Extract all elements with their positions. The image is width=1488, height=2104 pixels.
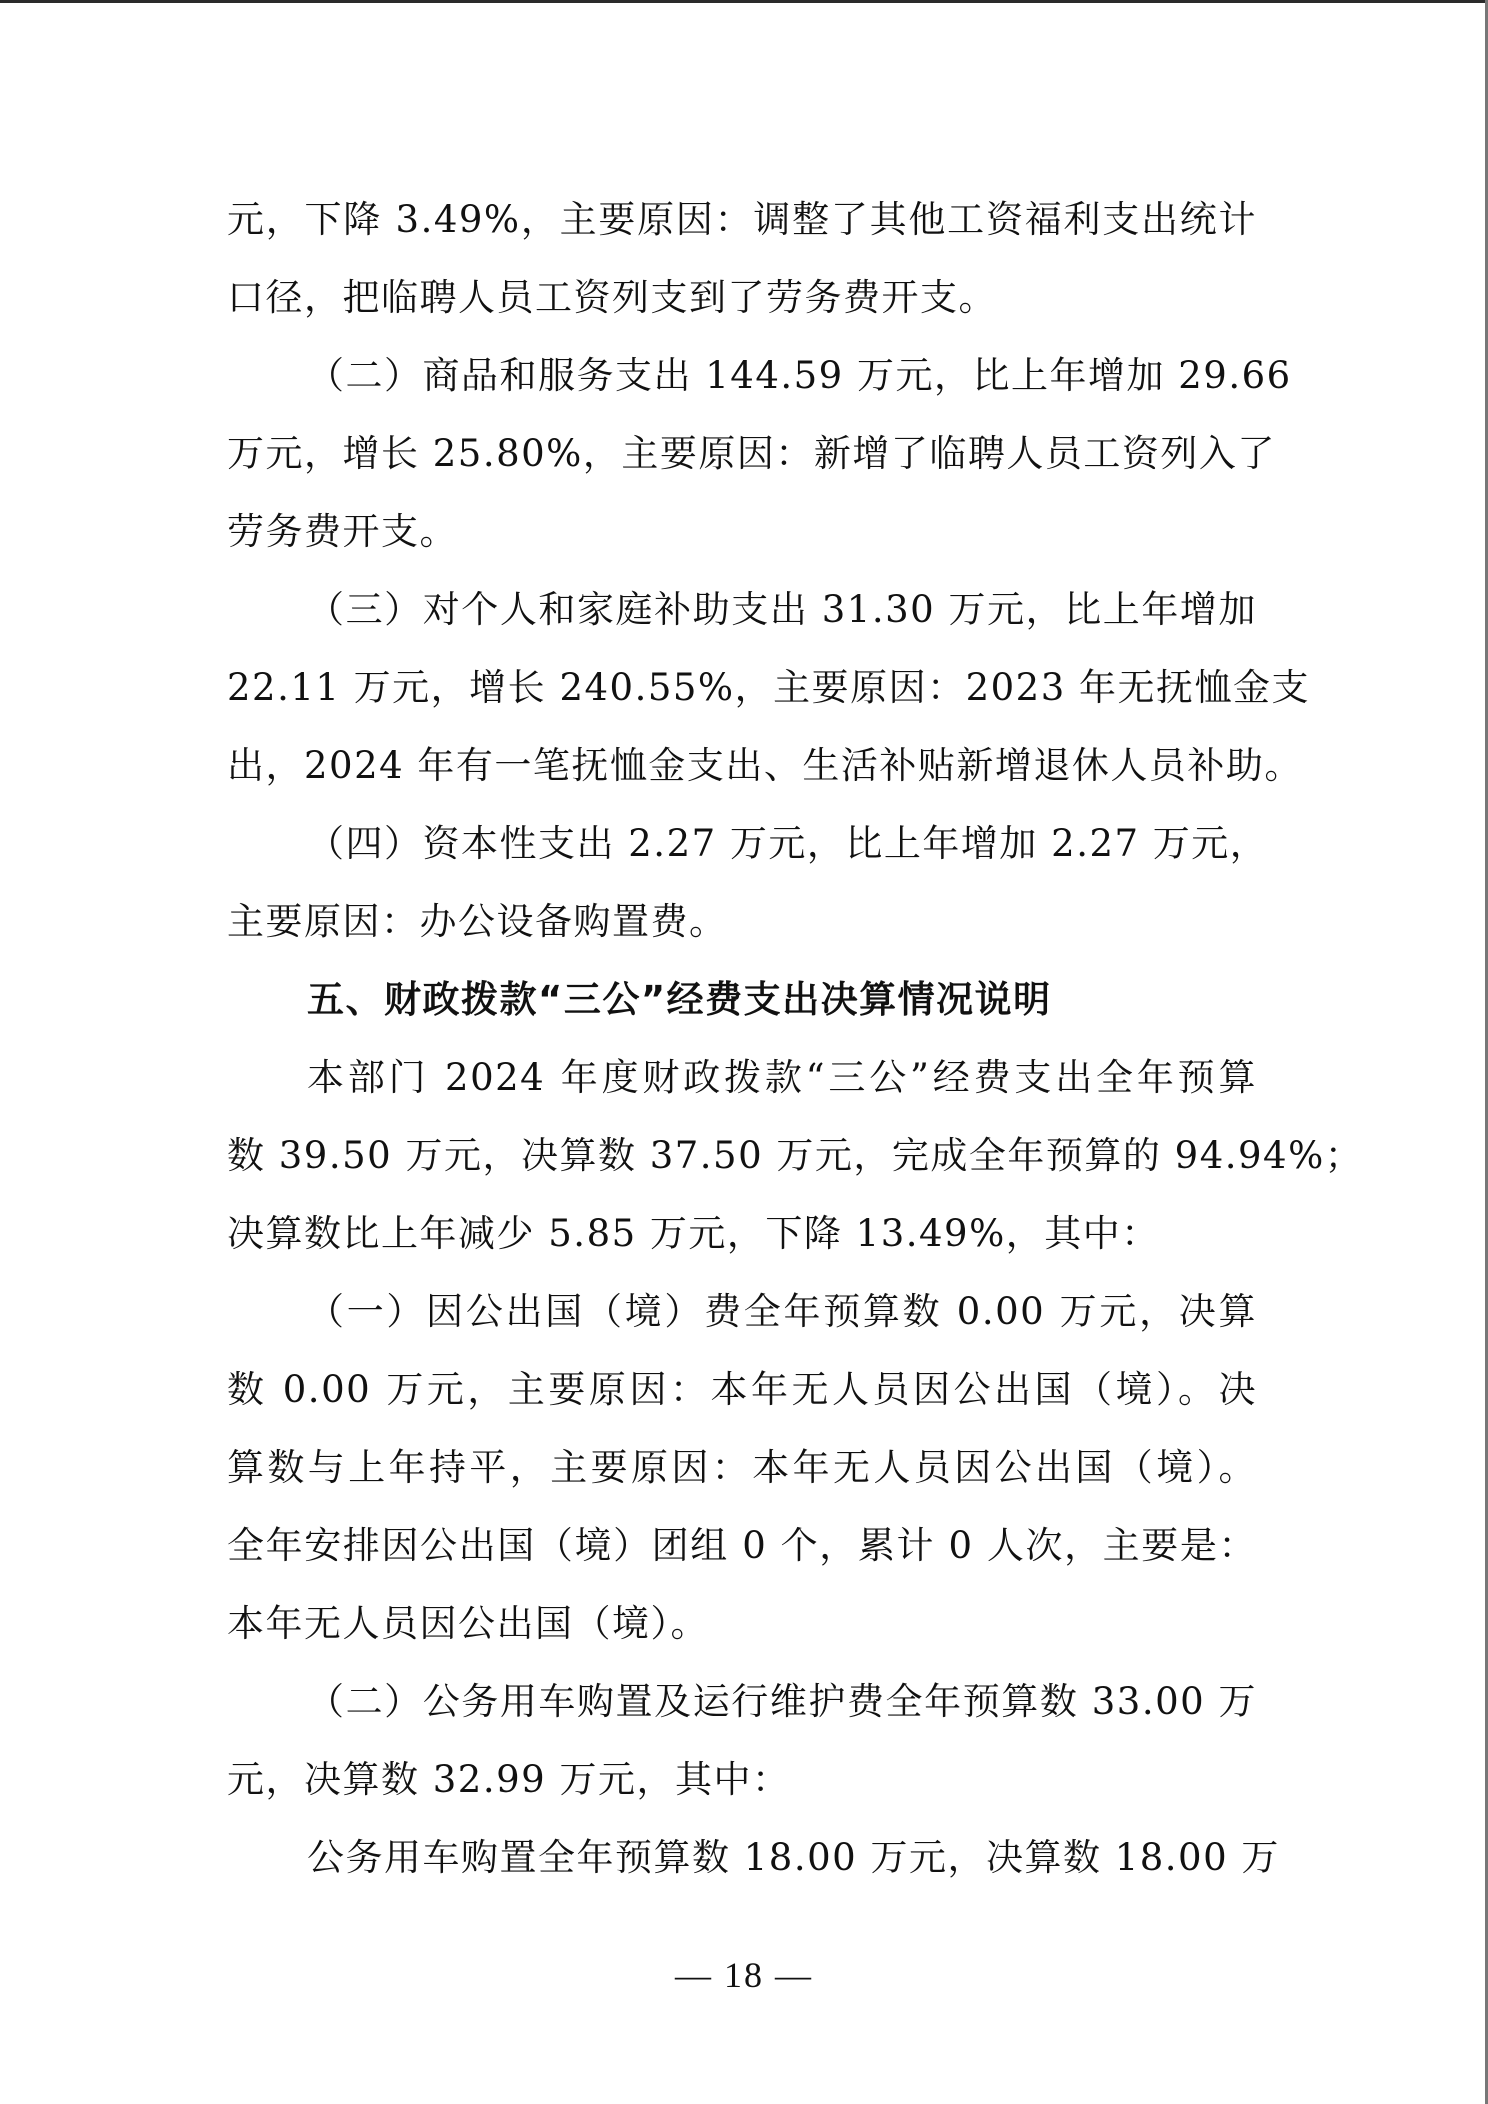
text-line: （二）公务用车购置及运行维护费全年预算数 33.00 万 (227, 1672, 1257, 1750)
text-line: 主要原因：办公设备购置费。 (227, 892, 1257, 970)
text-line: 22.11 万元，增长 240.55%，主要原因：2023 年无抚恤金支 (227, 658, 1257, 736)
text-line: 元，下降 3.49%，主要原因：调整了其他工资福利支出统计 (227, 190, 1257, 268)
page-top-border (0, 0, 1488, 3)
text-line: 公务用车购置全年预算数 18.00 万元，决算数 18.00 万 (227, 1828, 1257, 1906)
paragraph-salary-continuation: 元，下降 3.49%，主要原因：调整了其他工资福利支出统计 口径，把临聘人员工资… (227, 190, 1257, 346)
text-line: 本年无人员因公出国（境）。 (227, 1594, 1257, 1672)
text-line: （三）对个人和家庭补助支出 31.30 万元，比上年增加 (227, 580, 1257, 658)
text-line: 本部门 2024 年度财政拨款“三公”经费支出全年预算 (227, 1048, 1257, 1126)
text-line: 全年安排因公出国（境）团组 0 个，累计 0 人次，主要是： (227, 1516, 1257, 1594)
document-page: 元，下降 3.49%，主要原因：调整了其他工资福利支出统计 口径，把临聘人员工资… (227, 190, 1257, 1906)
text-line: 数 39.50 万元，决算数 37.50 万元，完成全年预算的 94.94%； (227, 1126, 1257, 1204)
paragraph-goods-services: （二）商品和服务支出 144.59 万元，比上年增加 29.66 万元，增长 2… (227, 346, 1257, 580)
text-line: （一）因公出国（境）费全年预算数 0.00 万元，决算 (227, 1282, 1257, 1360)
paragraph-overseas-travel: （一）因公出国（境）费全年预算数 0.00 万元，决算 数 0.00 万元，主要… (227, 1282, 1257, 1672)
page-number: — 18 — (0, 1950, 1488, 2000)
text-line: 决算数比上年减少 5.85 万元，下降 13.49%，其中： (227, 1204, 1257, 1282)
paragraph-vehicle-purchase: 公务用车购置全年预算数 18.00 万元，决算数 18.00 万 (227, 1828, 1257, 1906)
text-line: 算数与上年持平，主要原因：本年无人员因公出国（境）。 (227, 1438, 1257, 1516)
paragraph-official-vehicles: （二）公务用车购置及运行维护费全年预算数 33.00 万 元，决算数 32.99… (227, 1672, 1257, 1828)
text-line: 口径，把临聘人员工资列支到了劳务费开支。 (227, 268, 1257, 346)
paragraph-three-public-intro: 本部门 2024 年度财政拨款“三公”经费支出全年预算 数 39.50 万元，决… (227, 1048, 1257, 1282)
text-line: 劳务费开支。 (227, 502, 1257, 580)
paragraph-individual-subsidy: （三）对个人和家庭补助支出 31.30 万元，比上年增加 22.11 万元，增长… (227, 580, 1257, 814)
section-heading: 五、财政拨款“三公”经费支出决算情况说明 (227, 970, 1257, 1048)
text-line: （四）资本性支出 2.27 万元，比上年增加 2.27 万元， (227, 814, 1257, 892)
text-line: 数 0.00 万元，主要原因：本年无人员因公出国（境）。决 (227, 1360, 1257, 1438)
text-line: （二）商品和服务支出 144.59 万元，比上年增加 29.66 (227, 346, 1257, 424)
paragraph-capital-expenditure: （四）资本性支出 2.27 万元，比上年增加 2.27 万元， 主要原因：办公设… (227, 814, 1257, 970)
text-line: 元，决算数 32.99 万元，其中： (227, 1750, 1257, 1828)
text-line: 出，2024 年有一笔抚恤金支出、生活补贴新增退休人员补助。 (227, 736, 1257, 814)
text-line: 万元，增长 25.80%，主要原因：新增了临聘人员工资列入了 (227, 424, 1257, 502)
